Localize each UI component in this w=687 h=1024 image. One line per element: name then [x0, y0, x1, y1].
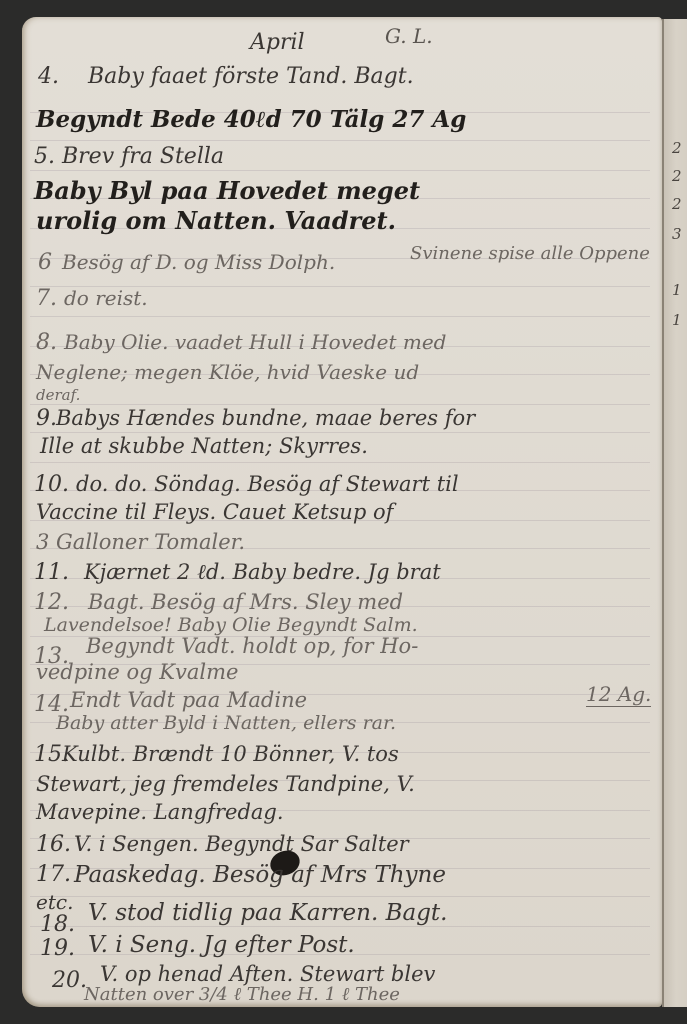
entry-line: Baby Olie. vaadet Hull i Hovedet med [64, 330, 446, 354]
entry-line: 3 Galloner Tomaler. [36, 530, 245, 554]
margin-note: Svinene spise alle Oppene [410, 240, 650, 268]
ruled-line [30, 896, 650, 897]
entry-day: 20. [52, 968, 87, 993]
entry-line: V. i Sengen. Begyndt Sar Salter [74, 832, 409, 856]
entry-line: Mavepine. Langfredag. [36, 800, 284, 824]
entry-day: 16. [36, 832, 71, 857]
facing-page-number: 3 [672, 225, 682, 243]
entry-line: vedpine og Kvalme [36, 660, 238, 684]
ruled-line [30, 462, 650, 463]
entry-line: V. op henad Aften. Stewart blev [100, 962, 435, 986]
entry-line: Babys Hændes bundne, maae beres for [56, 406, 475, 430]
entry-line: Brev fra Stella [62, 144, 224, 169]
entry-line: Endt Vadt paa Madine [70, 688, 307, 712]
entry-line: do reist. [64, 286, 148, 310]
entry-line: urolig om Natten. Vaadret. [36, 206, 396, 235]
ruled-line [30, 404, 650, 405]
facing-page-number: 2 [672, 195, 682, 213]
entry-line: etc. [36, 890, 73, 914]
entry-line: Baby atter Byld i Natten, ellers rar. [56, 712, 396, 734]
entry-line: Begyndt Bede 40ℓd 70 Tälg 27 Ag [36, 106, 466, 133]
entry-line: Begyndt Vadt. holdt op, for Ho- [86, 634, 418, 658]
entry-line: Natten over 3/4 ℓ Thee H. 1 ℓ Thee [84, 984, 400, 1005]
facing-page-number: 2 [672, 167, 682, 185]
entry-line: Bagt. Besög af Mrs. Sley med [88, 590, 403, 614]
entry-line: V. i Seng. Jg efter Post. [88, 932, 355, 958]
entry-day: 5. [34, 144, 55, 169]
entry-day: 8. [36, 330, 57, 355]
facing-page-edge: 2 2 2 3 1 1 [662, 19, 687, 1007]
entry-day: 9. [36, 406, 57, 431]
entry-day: 4. [38, 64, 59, 89]
entry-line: Baby faaet förste Tand. Bagt. [88, 64, 414, 89]
entry-line: Besög af D. og Miss Dolph. [62, 250, 335, 274]
ruled-line [30, 432, 650, 433]
entry-line: V. stod tidlig paa Karren. Bagt. [88, 900, 448, 926]
ruled-line [30, 140, 650, 141]
facing-page-number: 2 [672, 139, 682, 157]
margin-note: 12 Ag. [586, 682, 651, 707]
entry-day: 6 [38, 250, 52, 275]
entry-day: 12. [34, 590, 69, 615]
entry-line: Paaskedag. Besög af Mrs Thyne [74, 862, 446, 888]
month-heading: April [250, 30, 305, 55]
ruled-line [30, 170, 650, 171]
entry-day: 19. [40, 936, 75, 961]
entry-line: Kulbt. Brændt 10 Bönner, V. tos [62, 742, 399, 766]
entry-day: 10. [34, 472, 69, 497]
facing-page-number: 1 [672, 311, 682, 329]
entry-line: Neglene; megen Klöe, hvid Vaeske ud [36, 360, 419, 384]
entry-line: Vaccine til Fleys. Cauet Ketsup of [36, 500, 393, 524]
entry-line: Kjærnet 2 ℓd. Baby bedre. Jg brat [84, 560, 441, 585]
header-initials: G. L. [385, 24, 433, 48]
entry-line: Baby Byl paa Hovedet meget [34, 176, 420, 205]
entry-line: do. do. Söndag. Besög af Stewart til [76, 472, 459, 496]
ruled-line [30, 926, 650, 927]
entry-line: deraf. [36, 386, 80, 404]
entry-line: Stewart, jeg fremdeles Tandpine, V. [36, 772, 415, 796]
entry-line: Lavendelsoe! Baby Olie Begyndt Salm. [44, 614, 418, 636]
entry-day: 18. [40, 912, 75, 937]
entry-day: 7. [36, 286, 57, 311]
entry-day: 17. [36, 862, 71, 887]
facing-page-number: 1 [672, 281, 682, 299]
entry-line: Ille at skubbe Natten; Skyrres. [40, 434, 368, 458]
entry-day: 11. [34, 560, 69, 585]
ruled-line [30, 316, 650, 317]
